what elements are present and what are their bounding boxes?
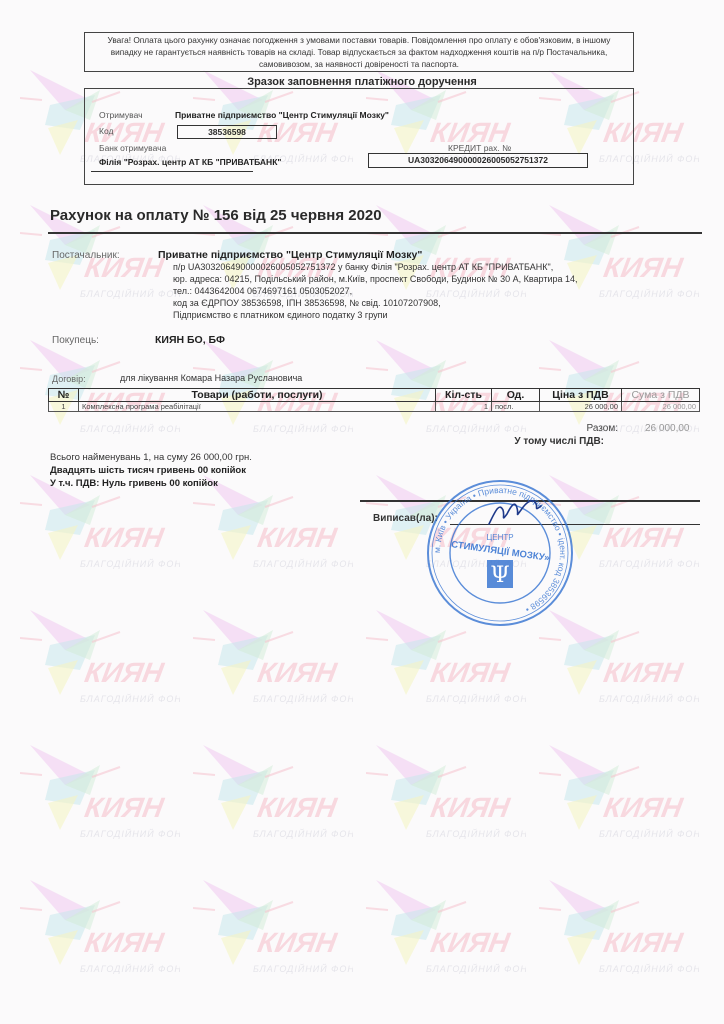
col-number: № xyxy=(49,389,79,402)
col-unit: Од. xyxy=(492,389,540,402)
col-price: Ціна з ПДВ xyxy=(540,389,622,402)
handwritten-signature xyxy=(485,492,545,528)
buyer-name: КИЯН БО, БФ xyxy=(155,334,225,346)
amount-in-words: Двадцять шість тисяч гривень 00 копійок xyxy=(50,465,246,476)
notice-line: Увага! Оплата цього рахунку означає пого… xyxy=(91,34,627,46)
supplier-details: п/р UA303206490000026005052751372 у банк… xyxy=(173,261,578,321)
cell-item-name: Комплексна програма реабілітації xyxy=(79,402,436,412)
notice-line: випадку не гарантується наявність товарі… xyxy=(91,46,627,58)
stamp-center-line1: ЦЕНТР xyxy=(486,533,513,542)
items-count-summary: Всього найменувань 1, на суму 26 000,00 … xyxy=(50,452,252,463)
supplier-name: Приватне підприємство "Центр Стимуляції … xyxy=(158,249,422,261)
recipient-label: Отримувач xyxy=(99,110,143,120)
col-quantity: Кіл-сть xyxy=(436,389,492,402)
supplier-detail-line: п/р UA303206490000026005052751372 у банк… xyxy=(173,261,578,273)
items-table: № Товари (работи, послуги) Кіл-сть Од. Ц… xyxy=(48,388,700,412)
cell-number: 1 xyxy=(49,402,79,412)
table-row: 1 Комплексна програма реабілітації 1 пос… xyxy=(49,402,700,412)
notice-line: самовивозом, за наявності довіреності та… xyxy=(91,58,627,70)
vat-in-words: У т.ч. ПДВ: Нуль гривень 00 копійок xyxy=(50,478,218,489)
table-header-row: № Товари (работи, послуги) Кіл-сть Од. Ц… xyxy=(49,389,700,402)
supplier-detail-line: код за ЄДРПОУ 38536598, ІПН 38536598, № … xyxy=(173,297,578,309)
buyer-label: Покупець: xyxy=(52,335,99,346)
supplier-label: Постачальник: xyxy=(52,250,120,261)
psi-icon: Ψ xyxy=(490,563,509,588)
cell-unit: посл. xyxy=(492,402,540,412)
total-value: 26 000,00 xyxy=(645,423,690,434)
bank-underline xyxy=(91,171,253,172)
bank-value: Філія "Розрах. центр АТ КБ "ПРИВАТБАНК" xyxy=(99,157,281,167)
code-label: Код xyxy=(99,126,113,136)
supplier-detail-line: юр. адреса: 04215, Подільський район, м.… xyxy=(173,273,578,285)
credit-account-value: UA303206490000026005052751372 xyxy=(368,153,588,168)
vat-label: У тому числі ПДВ: xyxy=(480,436,604,447)
code-value: 38536598 xyxy=(177,125,277,139)
contract-value: для лікування Комара Назара Руслановича xyxy=(120,373,302,383)
bank-label: Банк отримувача xyxy=(99,143,166,153)
divider xyxy=(48,232,702,234)
cell-sum: 26 000,00 xyxy=(622,402,700,412)
recipient-value: Приватне підприємство "Центр Стимуляції … xyxy=(175,110,389,120)
cell-quantity: 1 xyxy=(436,402,492,412)
total-label: Разом: xyxy=(540,423,618,434)
col-items: Товари (работи, послуги) xyxy=(79,389,436,402)
payment-notice: Увага! Оплата цього рахунку означає пого… xyxy=(84,32,634,72)
supplier-detail-line: тел.: 0443642004 0674697161 0503052027, xyxy=(173,285,578,297)
invoice-title: Рахунок на оплату № 156 від 25 червня 20… xyxy=(50,207,382,224)
payment-sample-title: Зразок заповнення платіжного доручення xyxy=(0,76,724,88)
credit-label: КРЕДИТ рах. № xyxy=(448,143,511,153)
supplier-detail-line: Підприємство є платником єдиного податку… xyxy=(173,309,578,321)
cell-price: 26 000,00 xyxy=(540,402,622,412)
col-sum: Сума з ПДВ xyxy=(622,389,700,402)
contract-label: Договір: xyxy=(52,374,86,384)
payment-sample-box: Отримувач Приватне підприємство "Центр С… xyxy=(84,88,634,185)
